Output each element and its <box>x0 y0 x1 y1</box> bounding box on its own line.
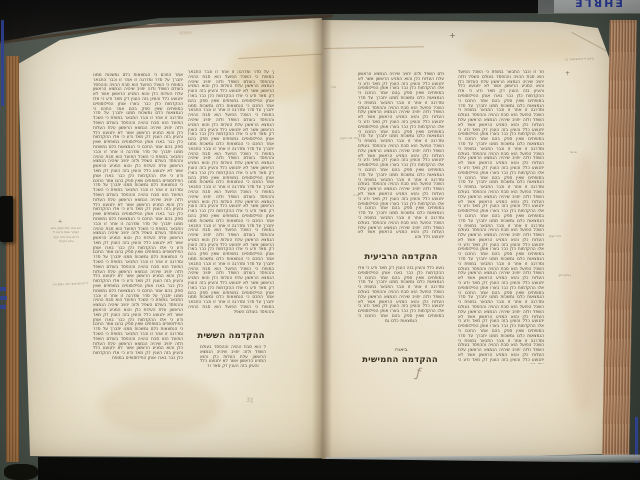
leaf-edge-line <box>324 46 424 49</box>
parchment-stain <box>100 376 220 436</box>
parchment-stain <box>564 154 606 414</box>
gutter-shadow <box>312 16 332 460</box>
blue-mark <box>0 305 6 309</box>
text-column-right-inner: ולם השפל ולזה יחויב שיהיה הנמצא הראשון ע… <box>358 72 444 246</box>
text-paragraph-after-sixth-heading: ל הוא סבת ההויה וההפסד בעולם השפל ולזה י… <box>200 345 266 371</box>
pen-flourish: ƒ <box>414 366 422 382</box>
reference-ruler: EHRLE <box>538 0 640 14</box>
ruler-label-upside-down: EHRLE <box>556 0 640 9</box>
folio-number-pencil: 31 <box>246 397 255 405</box>
ruler-dark-segment <box>538 0 554 13</box>
section-heading-fourth-introduction: ההקדמה הרביעית <box>358 252 444 262</box>
text-paragraph-after-fourth-heading: נועע כלל והעיון בזה הענין דק מאד ודע כי … <box>358 266 444 346</box>
marginal-gloss-triangle: רוש אחר בזה הענין והוא העיקר אמת נראה לי… <box>50 226 82 266</box>
right-page: + + ד ולם השפל ולזה יחויב שיהיה הנמצא הר… <box>322 14 618 464</box>
section-heading-fifth-introduction: ההקדמה החמישית <box>352 355 448 365</box>
cross-mark: + <box>58 218 62 226</box>
gutter-note: אחר בזה הענין <box>333 137 359 141</box>
blue-reference-line-right <box>635 417 638 470</box>
blue-reference-line-left <box>1 20 4 106</box>
page-clip <box>0 196 13 242</box>
marginal-note-line: לי פירוש אחר בזה הענין והו <box>36 282 88 289</box>
blue-mark <box>0 296 7 300</box>
fore-edge-left <box>6 56 19 462</box>
marginal-note-line: נראה לי פירוש אחר בז <box>556 57 594 63</box>
text-column-left-outer: אמר החכם כי הנמצאות כלם נמשכות ממנו יתבר… <box>93 73 183 371</box>
cross-mark: + <box>449 32 456 40</box>
marginal-tick: ש אח <box>568 151 577 155</box>
left-page: החכם אמר החכם כי הנמצאות כלם נמשכות ממנו… <box>10 16 322 462</box>
cross-mark: + <box>565 70 570 78</box>
text-column-right-outer: חר זו וכבר התבאר במופת כי השכל הפועל הוא… <box>458 70 544 364</box>
gutter-tick: וא ה <box>350 194 359 198</box>
marginal-note: ן והוא העי <box>551 274 571 279</box>
quire-mark-smudge: החכם <box>174 30 192 36</box>
marginal-note: בזה הענין <box>543 235 561 239</box>
manuscript-photograph: החכם אמר החכם כי הנמצאות כלם נמשכות ממנו… <box>0 0 640 480</box>
text-column-left-inner: ך על סדר ומדרגה זו אחר זו וכבר התבאר במו… <box>188 70 274 327</box>
blue-mark <box>0 287 6 291</box>
cradle-corner-shadow <box>4 464 38 480</box>
section-heading-sixth-introduction: ההקדמה הששית <box>188 331 274 341</box>
catchword: ביאורו <box>358 347 444 353</box>
